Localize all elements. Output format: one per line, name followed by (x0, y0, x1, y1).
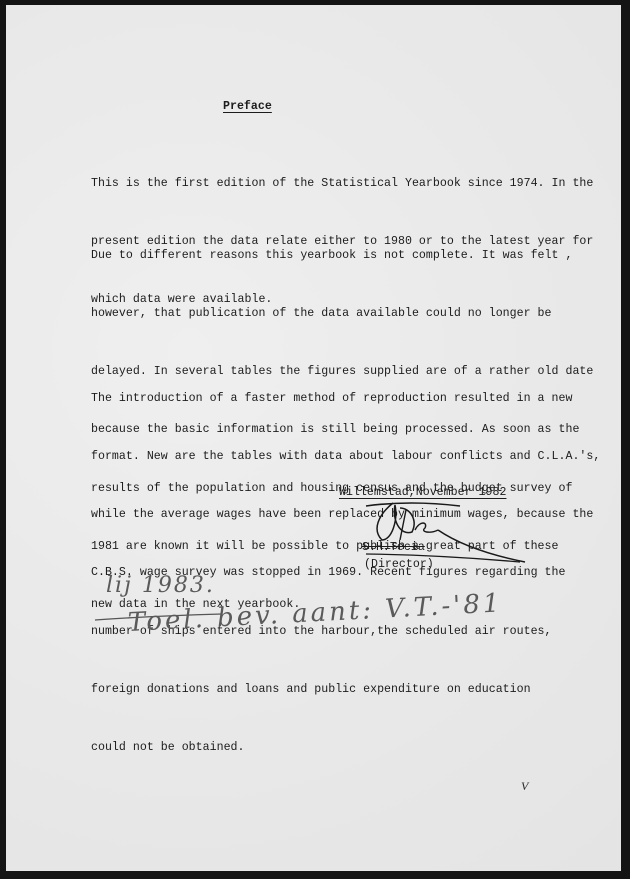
text-line: however, that publication of the data av… (91, 304, 593, 323)
page-number: V (521, 779, 528, 794)
signatory-name: S.H.Tecia (362, 541, 425, 554)
handwritten-note: lij 1983. (106, 573, 215, 598)
page-title: Preface (223, 100, 272, 113)
place-date: Willemstad,November 1982 (339, 486, 506, 499)
text-line: The introduction of a faster method of r… (91, 389, 600, 408)
text-line: This is the first edition of the Statist… (91, 174, 593, 193)
text-line: Due to different reasons this yearbook i… (91, 246, 593, 265)
text-line: foreign donations and loans and public e… (91, 680, 600, 699)
text-line: while the average wages have been replac… (91, 505, 600, 524)
text-line: format. New are the tables with data abo… (91, 447, 600, 466)
text-line: could not be obtained. (91, 738, 600, 757)
signatory-role: (Director) (364, 558, 434, 571)
paragraph-3: The introduction of a faster method of r… (91, 350, 600, 777)
